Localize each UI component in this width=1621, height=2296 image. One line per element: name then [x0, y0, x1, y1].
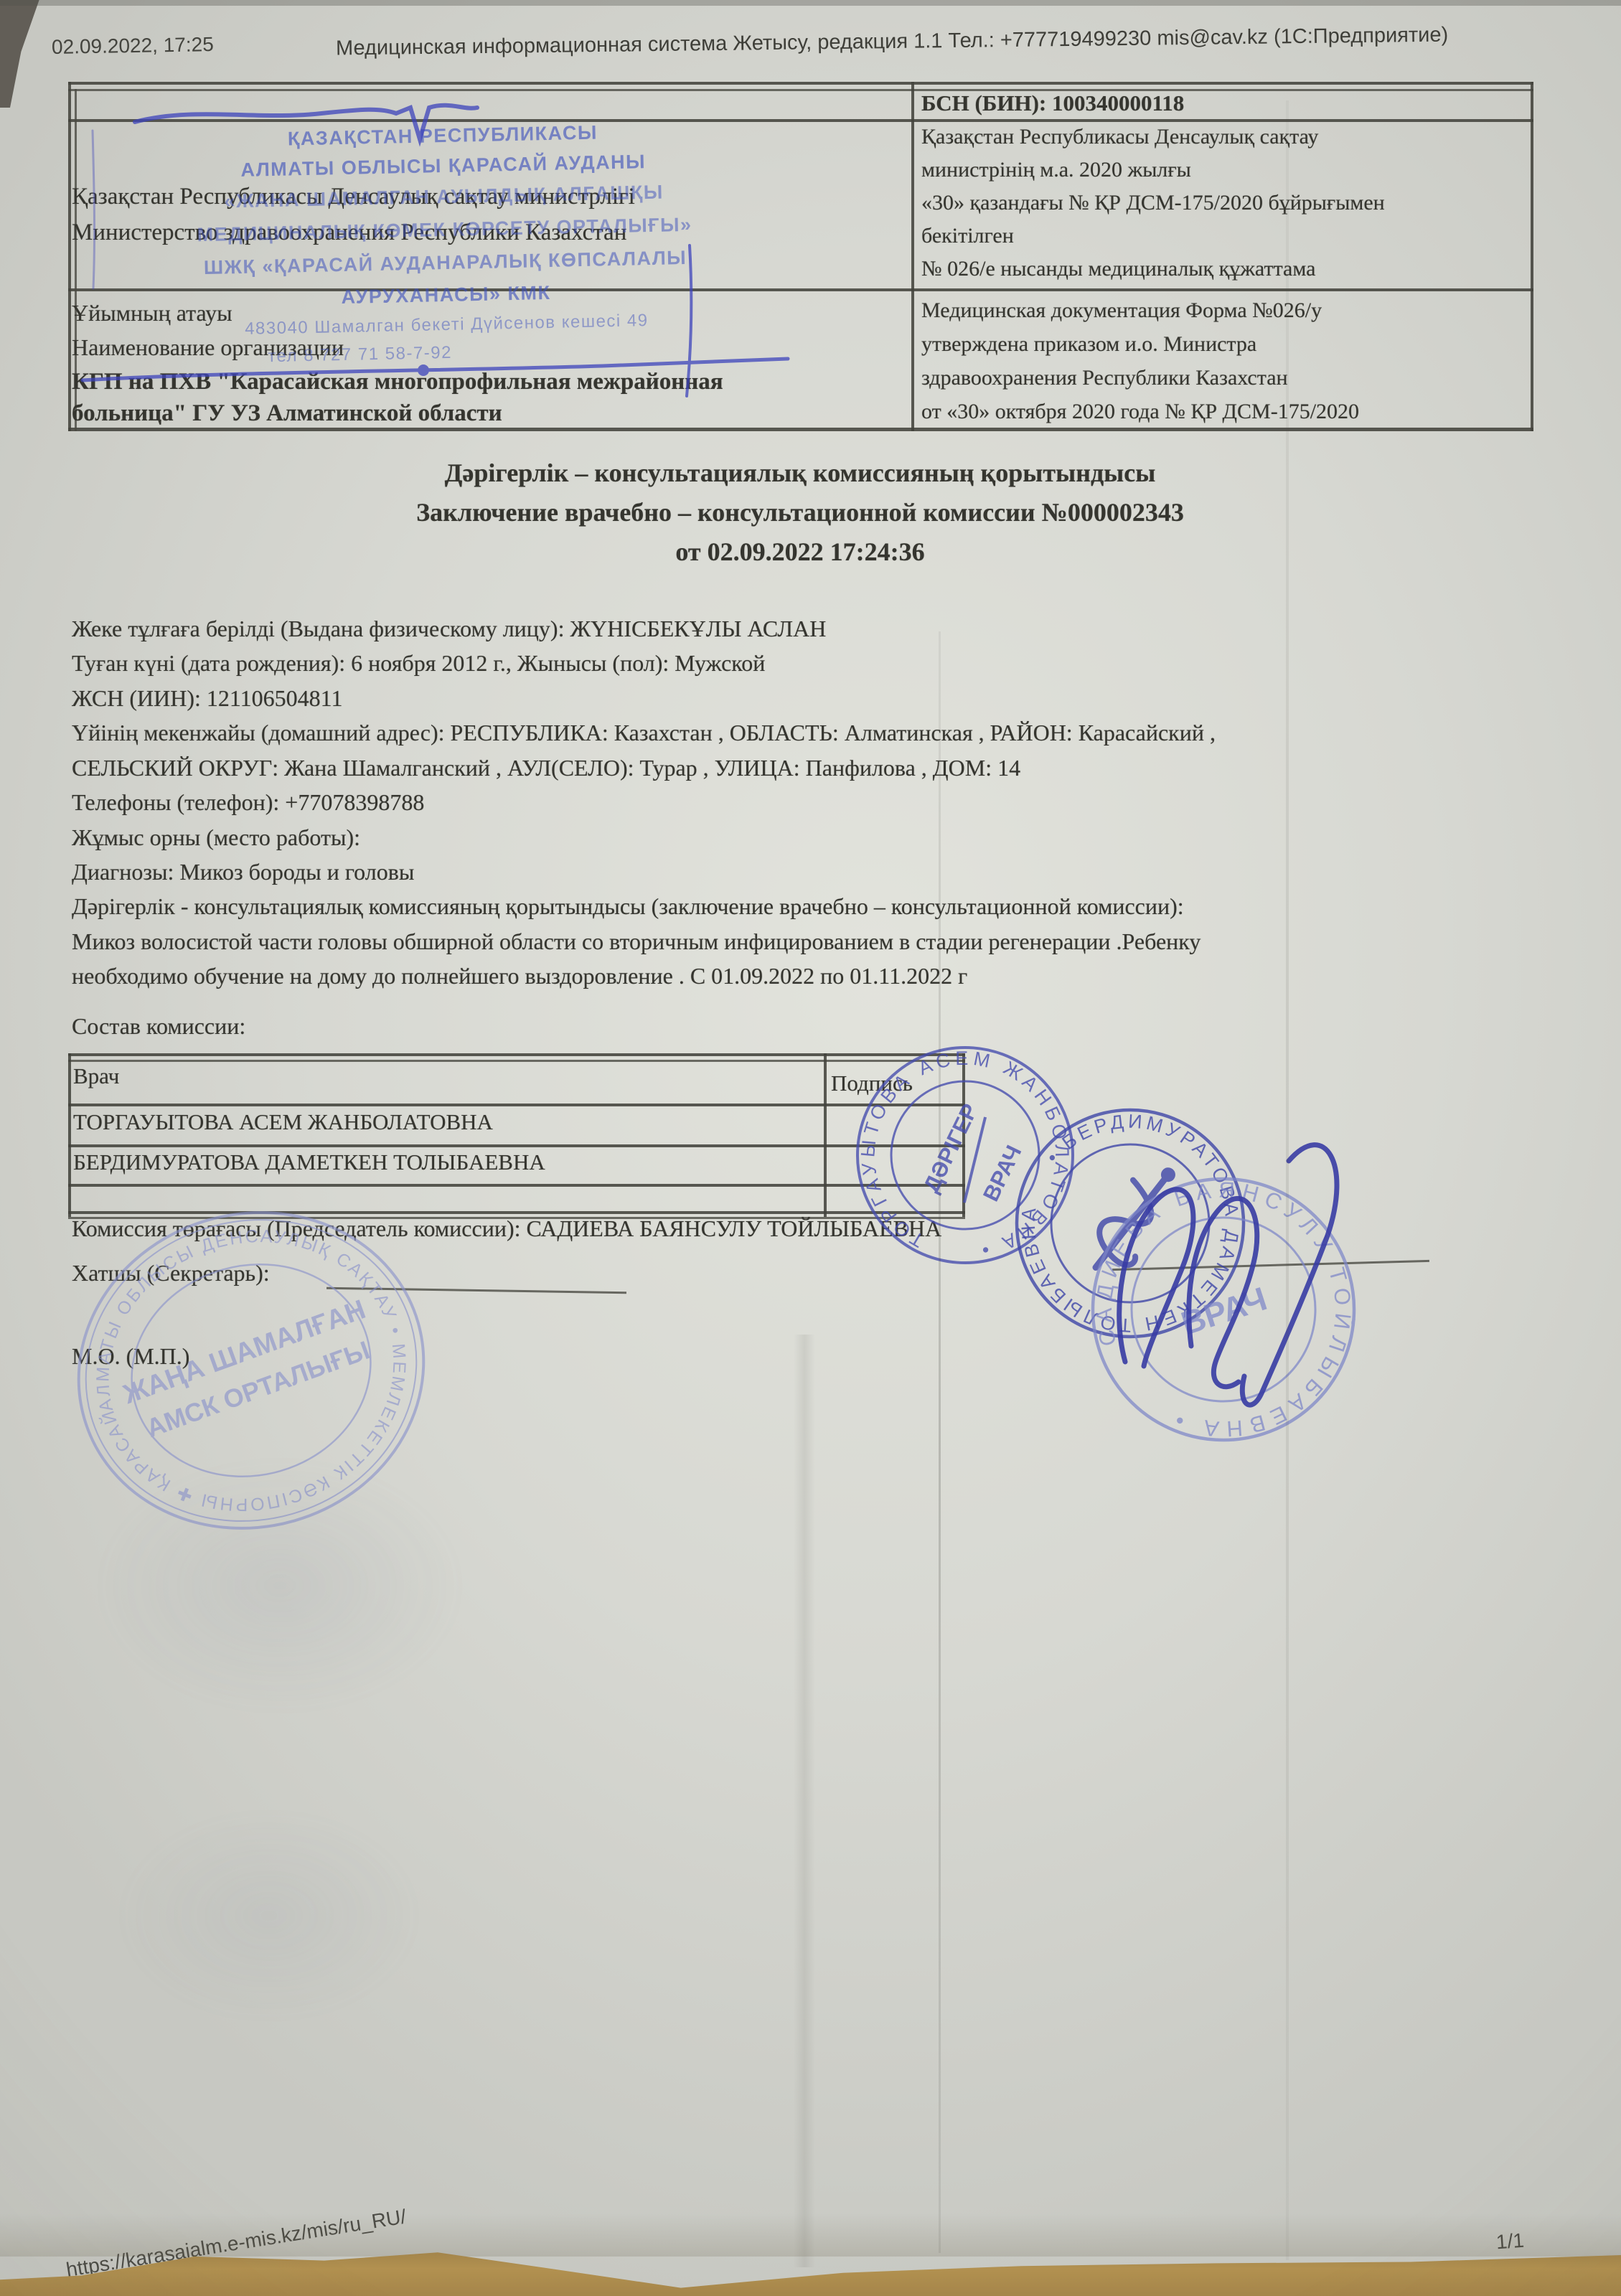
pen-mark-left-border [93, 131, 95, 288]
handwritten-signature [1119, 1145, 1337, 1405]
pen-vertical-mark [687, 245, 691, 396]
pen-scribble-top [135, 105, 477, 139]
pen-ink-blob [418, 364, 429, 376]
paper-edge-shadow [0, 2213, 1621, 2257]
pen-strike-org-name [83, 359, 788, 380]
document-photo: 02.09.2022, 17:25 Медицинская информацио… [0, 0, 1621, 2296]
photo-top-edge [0, 0, 1621, 6]
pen-marks-layer [0, 0, 1621, 2296]
